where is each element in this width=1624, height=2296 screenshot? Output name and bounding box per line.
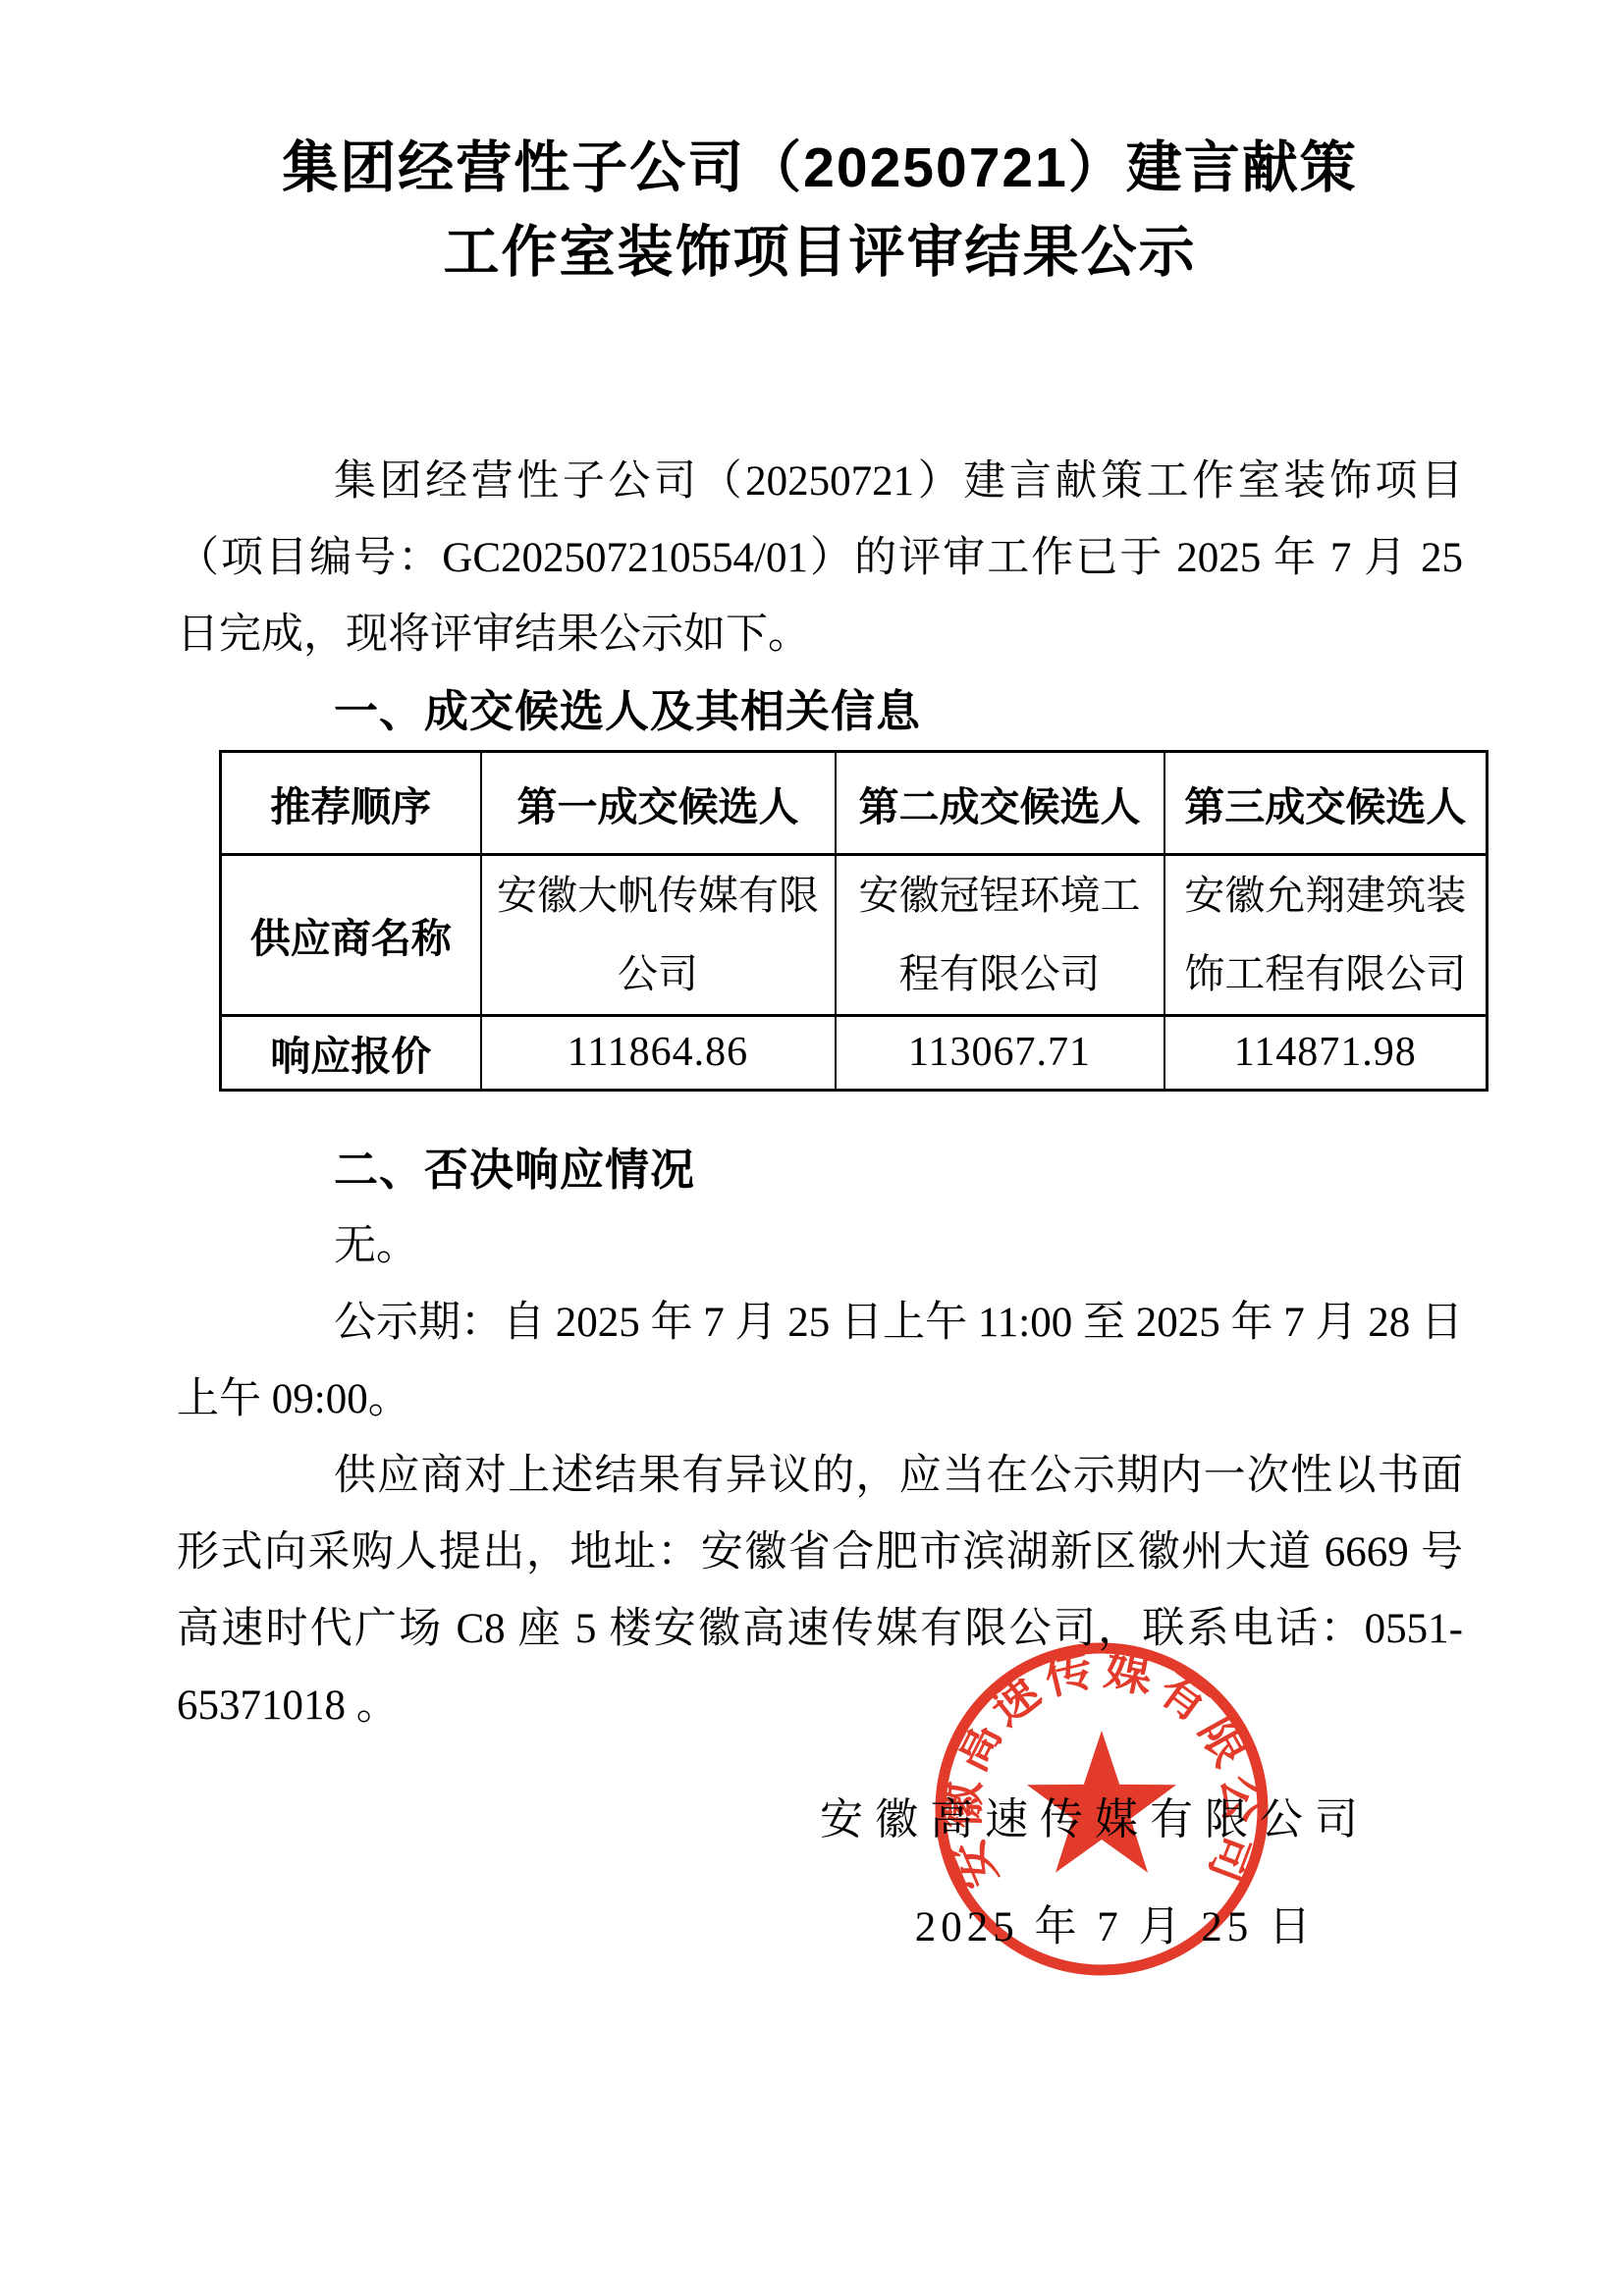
row-label-quoted-price: 响应报价 (221, 1016, 481, 1091)
section1-heading: 一、成交候选人及其相关信息 (177, 673, 1463, 750)
col-header-second-candidate: 第二成交候选人 (836, 752, 1164, 855)
page-title: 集团经营性子公司（20250721）建言献策工作室装饰项目评审结果公示 (177, 126, 1463, 294)
publicity-period-paragraph: 公示期：自 2025 年 7 月 25 日上午 11:00 至 2025 年 7… (177, 1285, 1463, 1438)
col-header-rank: 推荐顺序 (221, 752, 481, 855)
table-row-quoted-price: 响应报价 111864.86 113067.71 114871.98 (221, 1016, 1488, 1091)
supplier-name-first: 安徽大帆传媒有限公司 (481, 855, 836, 1016)
quoted-price-first: 111864.86 (481, 1016, 836, 1091)
col-header-first-candidate: 第一成交候选人 (481, 752, 836, 855)
page-title-line1: 集团经营性子公司（20250721）建言献策 (282, 136, 1358, 199)
intro-paragraph: 集团经营性子公司（20250721）建言献策工作室装饰项目（项目编号：GC202… (177, 444, 1463, 673)
section2-heading: 二、否决响应情况 (177, 1132, 1463, 1208)
supplier-name-second: 安徽冠锃环境工程有限公司 (836, 855, 1164, 1016)
table-header-row: 推荐顺序 第一成交候选人 第二成交候选人 第三成交候选人 (221, 752, 1488, 855)
company-seal: 安徽高速传媒有限公司 (925, 1632, 1278, 1986)
none-paragraph: 无。 (177, 1208, 1463, 1285)
quoted-price-third: 114871.98 (1164, 1016, 1488, 1091)
row-label-supplier-name: 供应商名称 (221, 855, 481, 1016)
col-header-third-candidate: 第三成交候选人 (1164, 752, 1488, 855)
table-row-supplier-name: 供应商名称 安徽大帆传媒有限公司 安徽冠锃环境工程有限公司 安徽允翔建筑装饰工程… (221, 855, 1488, 1016)
candidates-table: 推荐顺序 第一成交候选人 第二成交候选人 第三成交候选人 供应商名称 安徽大帆传… (219, 750, 1489, 1092)
page-title-line2: 工作室装饰项目评审结果公示 (444, 221, 1197, 284)
document-page: 集团经营性子公司（20250721）建言献策工作室装饰项目评审结果公示 集团经营… (0, 0, 1624, 2296)
quoted-price-second: 113067.71 (836, 1016, 1164, 1091)
supplier-name-third: 安徽允翔建筑装饰工程有限公司 (1164, 855, 1488, 1016)
seal-star-icon (1027, 1731, 1176, 1873)
